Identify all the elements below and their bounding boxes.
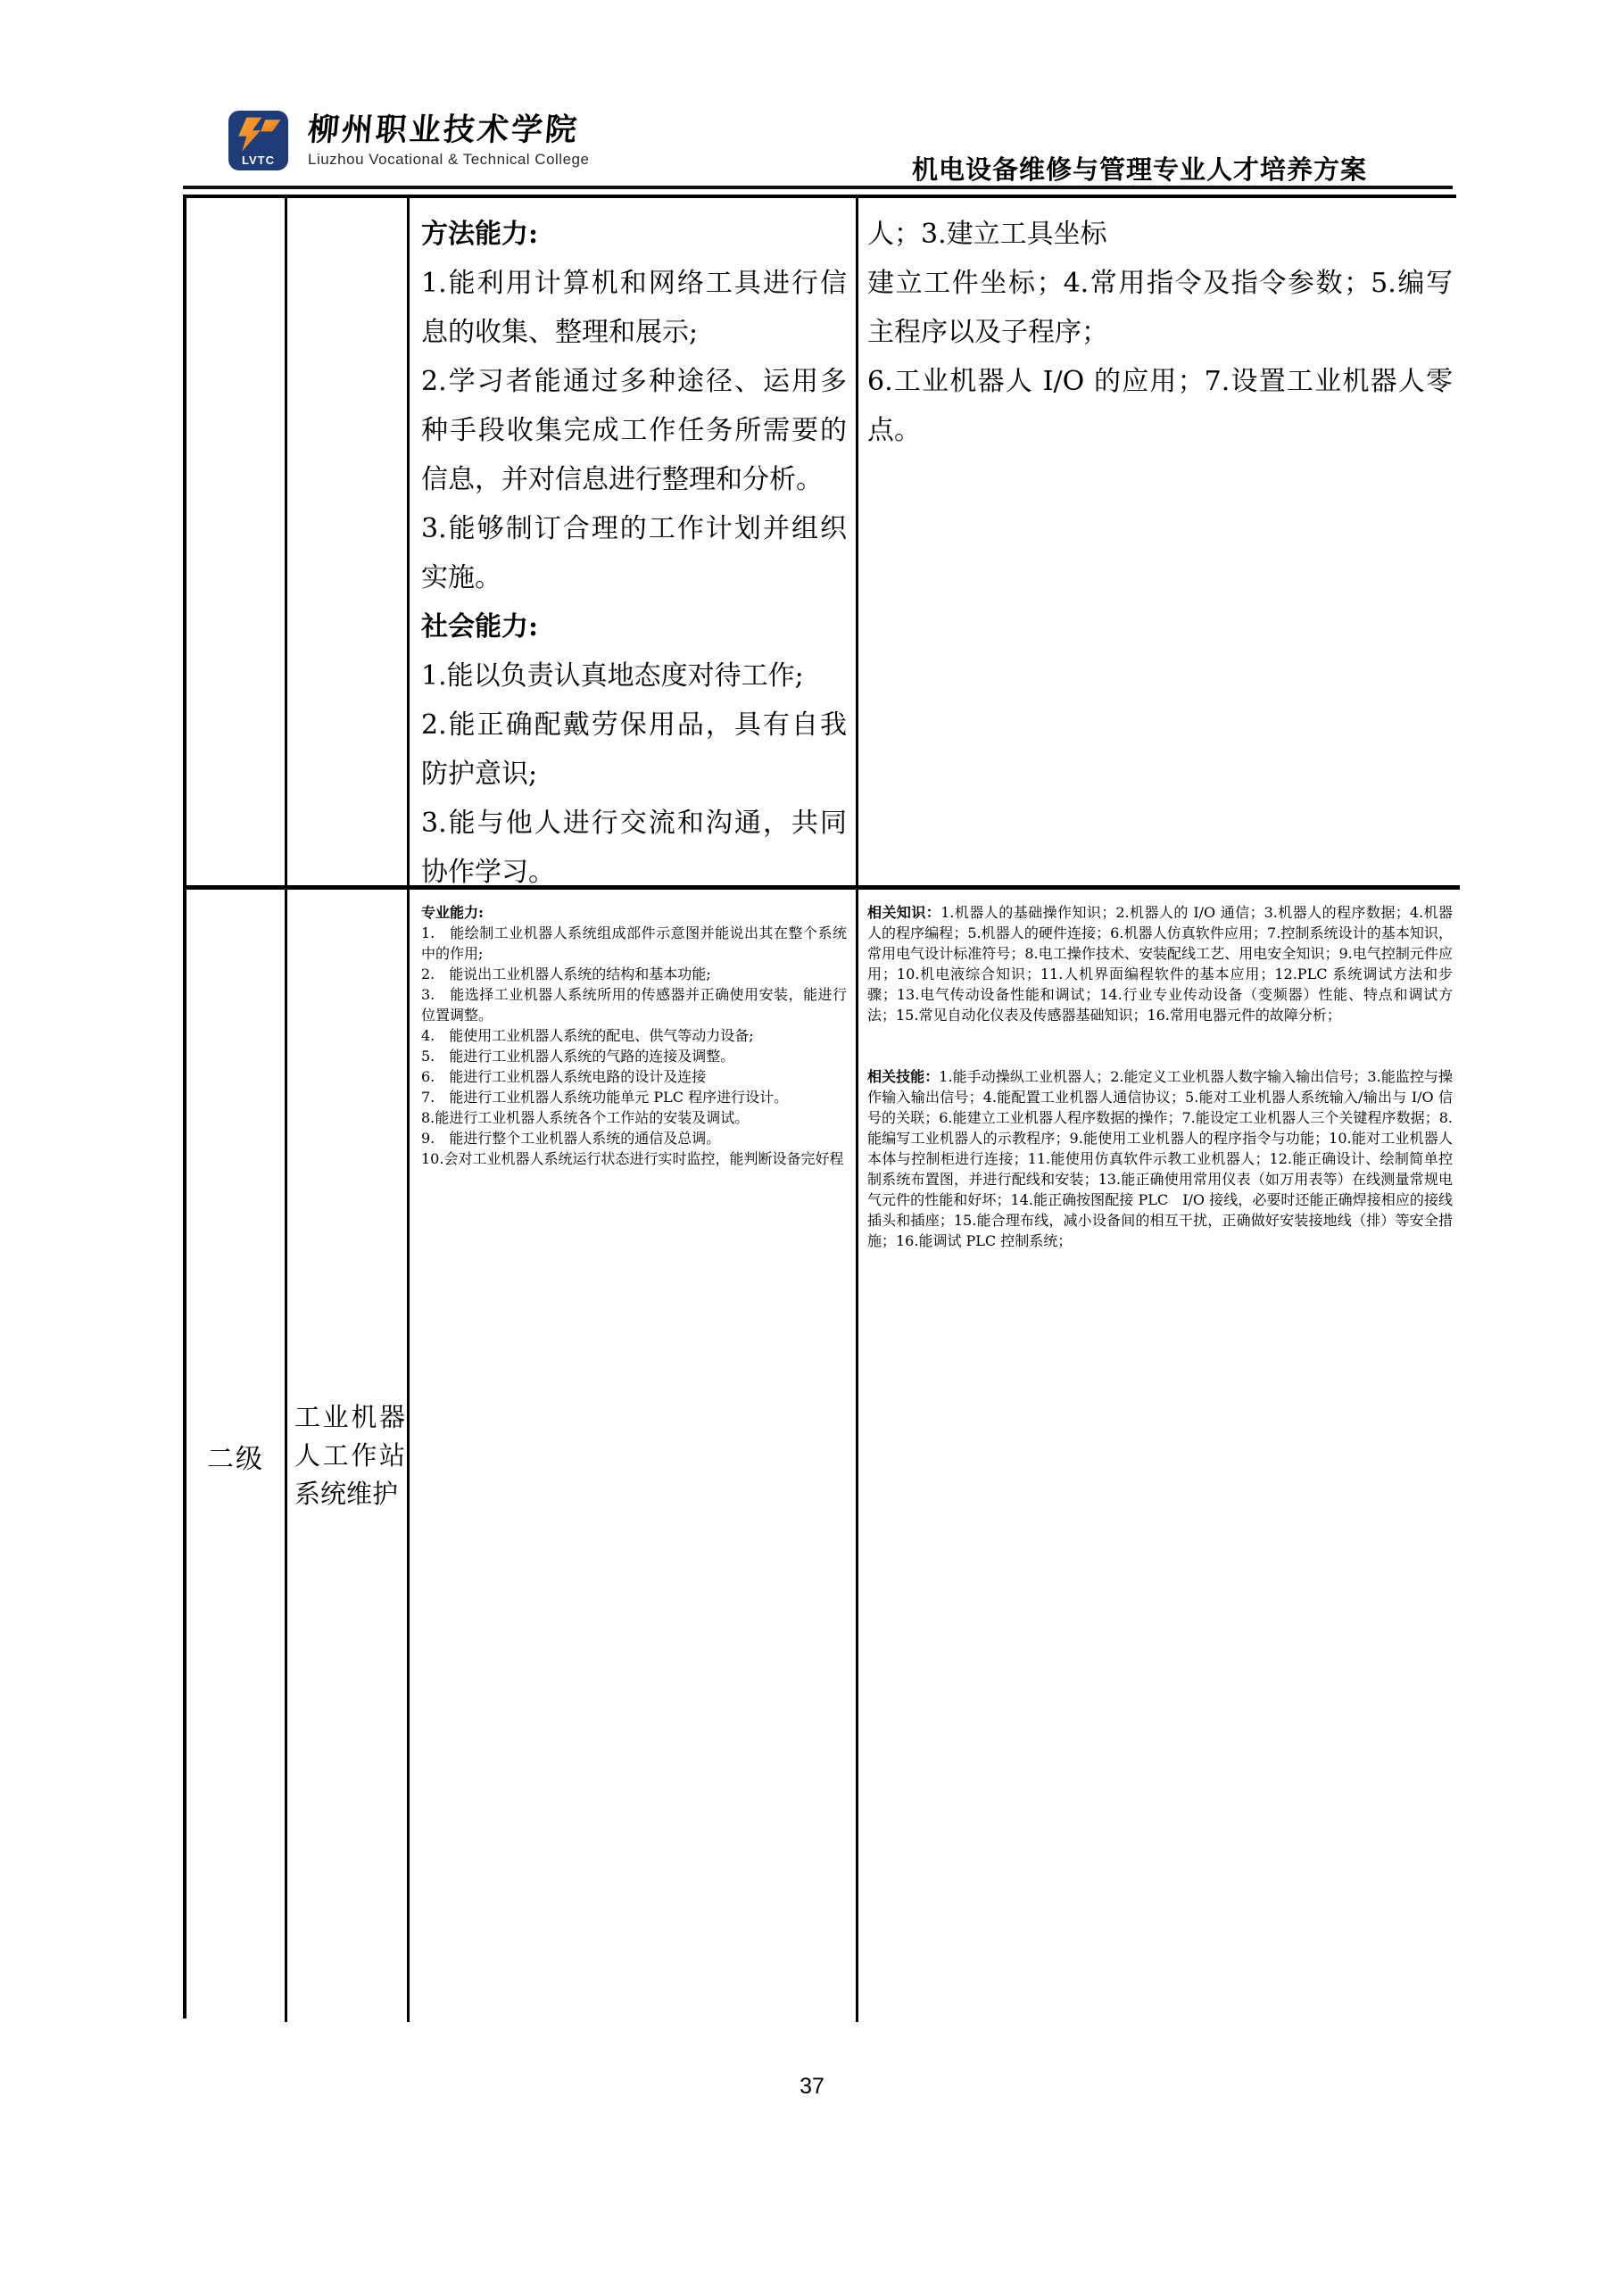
paragraph: 1.能利用计算机和网络工具进行信息的收集、整理和展示; <box>421 259 847 357</box>
paragraph-label: 相关知识： <box>867 904 940 921</box>
table-cell-knowledge-row1: 人；3.建立工具坐标建立工件坐标；4.常用指令及指令参数；5.编写主程序以及子程… <box>858 198 1460 890</box>
college-logo-mark: LVTC <box>228 111 288 170</box>
paragraph: 4. 能使用工业机器人系统的配电、供气等动力设备; <box>421 1024 847 1045</box>
document-title: 机电设备维修与管理专业人才培养方案 <box>912 150 1367 186</box>
paragraph: 6.工业机器人 I/O 的应用；7.设置工业机器人零点。 <box>867 357 1453 455</box>
paragraph: 人；3.建立工具坐标 <box>867 210 1453 259</box>
task-text: 工业机器人工作站系统维护 <box>294 1398 405 1513</box>
paragraph-label: 专业能力: <box>421 904 484 921</box>
logo-abbr-text: LVTC <box>228 153 288 167</box>
paragraph: 3.能够制订合理的工作计划并组织实施。 <box>421 504 847 602</box>
paragraph: 10.会对工业机器人系统运行状态进行实时监控，能判断设备完好程 <box>421 1148 847 1168</box>
table-cell-abilities-row2: 专业能力:1. 能绘制工业机器人系统组成部件示意图并能说出其在整个系统中的作用;… <box>410 890 858 2022</box>
paragraph: 3.能与他人进行交流和沟通，共同协作学习。 <box>421 799 847 890</box>
paragraph: 相关技能：1.能手动操纵工业机器人；2.能定义工业机器人数字输入输出信号；3.能… <box>867 1065 1453 1250</box>
college-name-cn: 柳州职业技术学院 <box>306 112 581 148</box>
table-cell-level-row2: 二级 <box>186 890 287 2022</box>
paragraph: 2.学习者能通过多种途径、运用多种手段收集完成工作任务所需要的信息，并对信息进行… <box>421 357 847 504</box>
paragraph: 2. 能说出工业机器人系统的结构和基本功能; <box>421 963 847 983</box>
college-name-en: Liuzhou Vocational & Technical College <box>308 151 589 169</box>
paragraph: 9. 能进行整个工业机器人系统的通信及总调。 <box>421 1127 847 1148</box>
paragraph: 7. 能进行工业机器人系统功能单元 PLC 程序进行设计。 <box>421 1086 847 1107</box>
paragraph-label: 社会能力: <box>421 611 538 642</box>
table-cell-task-row1 <box>287 198 410 890</box>
college-names: 柳州职业技术学院 Liuzhou Vocational & Technical … <box>308 111 589 175</box>
page-number: 37 <box>0 2074 1624 2100</box>
lightning-logo-icon <box>235 115 282 153</box>
paragraph-label: 相关技能： <box>867 1068 939 1085</box>
paragraph: 建立工件坐标；4.常用指令及指令参数；5.编写主程序以及子程序； <box>867 259 1453 357</box>
table-cell-level-row1 <box>186 198 287 890</box>
paragraph: 2.能正确配戴劳保用品，具有自我防护意识; <box>421 700 847 799</box>
curriculum-table: 方法能力:1.能利用计算机和网络工具进行信息的收集、整理和展示;2.学习者能通过… <box>183 195 1456 2018</box>
paragraph: 专业能力: <box>421 901 847 922</box>
table-cell-abilities-row1: 方法能力:1.能利用计算机和网络工具进行信息的收集、整理和展示;2.学习者能通过… <box>410 198 858 890</box>
paragraph: 1. 能绘制工业机器人系统组成部件示意图并能说出其在整个系统中的作用; <box>421 922 847 963</box>
paragraph: 1.能以负责认真地态度对待工作; <box>421 651 847 700</box>
document-page: LVTC 柳州职业技术学院 Liuzhou Vocational & Techn… <box>0 0 1624 2296</box>
table-cell-knowledge-row2: 相关知识：1.机器人的基础操作知识；2.机器人的 I/O 通信；3.机器人的程序… <box>858 890 1460 2022</box>
table-cell-task-row2: 工业机器人工作站系统维护 <box>287 890 410 2022</box>
paragraph: 6. 能进行工业机器人系统电路的设计及连接 <box>421 1065 847 1086</box>
page-header: LVTC 柳州职业技术学院 Liuzhou Vocational & Techn… <box>0 0 1624 195</box>
paragraph: 相关知识：1.机器人的基础操作知识；2.机器人的 I/O 通信；3.机器人的程序… <box>867 901 1453 1024</box>
paragraph: 方法能力: <box>421 210 847 259</box>
paragraph: 8.能进行工业机器人系统各个工作站的安装及调试。 <box>421 1107 847 1127</box>
paragraph: 社会能力: <box>421 602 847 651</box>
paragraph: 3. 能选择工业机器人系统所用的传感器并正确使用安装，能进行位置调整。 <box>421 983 847 1024</box>
paragraph-label: 方法能力: <box>421 219 538 250</box>
header-divider <box>183 186 1453 189</box>
paragraph: 5. 能进行工业机器人系统的气路的连接及调整。 <box>421 1045 847 1065</box>
college-logo: LVTC 柳州职业技术学院 Liuzhou Vocational & Techn… <box>228 111 589 175</box>
